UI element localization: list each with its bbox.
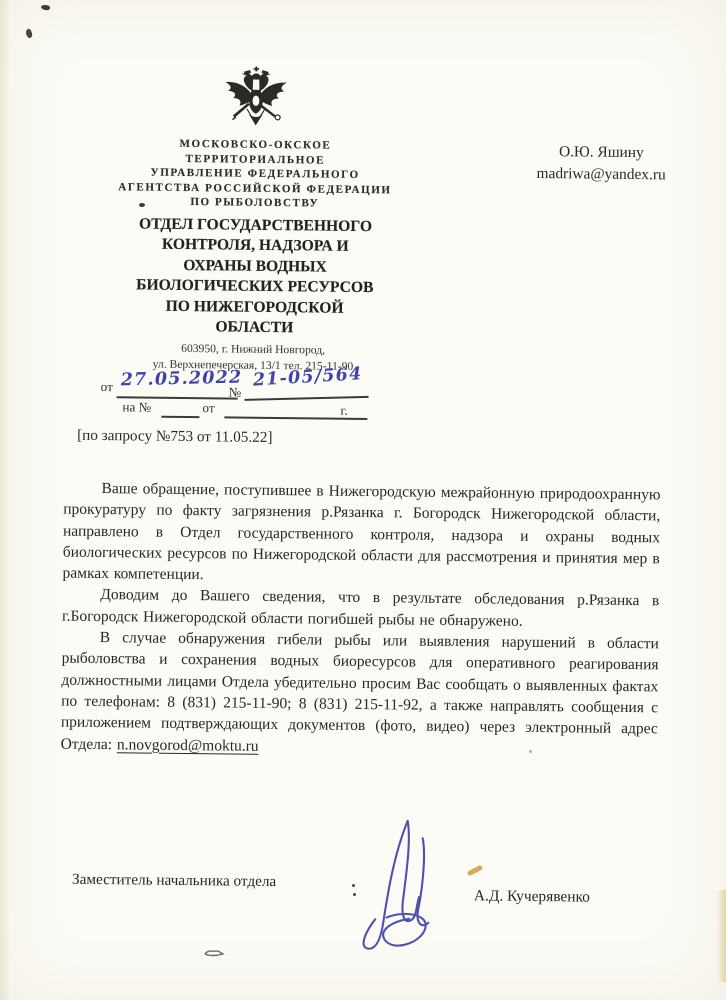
number-label: № <box>229 384 242 400</box>
department-title-line: ОБЛАСТИ <box>89 316 419 340</box>
recipient-email: madriwa@yandex.ru <box>501 162 701 186</box>
date-from-label: от <box>101 379 113 395</box>
recipient-block: О.Ю. Яшину madriwa@yandex.ru <box>501 141 701 186</box>
contact-email: n.novgorod@moktu.ru <box>117 736 259 755</box>
reply-number-underline <box>161 416 199 418</box>
scan-speck <box>139 203 145 207</box>
scan-dot <box>529 750 532 753</box>
letter-body: Ваше обращение, поступившее в Нижегородс… <box>61 478 661 762</box>
signer-title: Заместитель начальника отдела <box>72 871 276 891</box>
department-title-line: ОТДЕЛ ГОСУДАРСТВЕННОГО <box>90 214 420 238</box>
recipient-name: О.Ю. Яшину <box>501 141 701 165</box>
letter-content: МОСКОВСКО-ОКСКОЕ ТЕРРИТОРИАЛЬНОЕ УПРАВЛЕ… <box>0 0 726 1000</box>
scan-dot <box>352 884 355 887</box>
body-paragraph-1: Ваше обращение, поступившее в Нижегородс… <box>62 478 660 591</box>
pencil-squiggle <box>204 948 226 958</box>
scanned-letter-page: МОСКОВСКО-ОКСКОЕ ТЕРРИТОРИАЛЬНОЕ УПРАВЛЕ… <box>0 0 726 1000</box>
org-name: МОСКОВСКО-ОКСКОЕ ТЕРРИТОРИАЛЬНОЕ УПРАВЛЕ… <box>83 136 428 213</box>
body-paragraph-3: В случае обнаружения гибели рыбы или выя… <box>61 627 659 762</box>
handwritten-date: 27.05.2022 <box>121 368 243 391</box>
scan-edge-bottom-right <box>717 890 726 982</box>
signer-name: А.Д. Кучерявенко <box>474 887 590 906</box>
reply-number-label: на № <box>122 399 151 415</box>
department-title: ОТДЕЛ ГОСУДАРСТВЕННОГО КОНТРОЛЯ, НАДЗОРА… <box>89 214 420 340</box>
russia-coat-of-arms-icon <box>215 60 298 141</box>
reply-from-label: от <box>202 400 214 416</box>
body-paragraph-3-text: В случае обнаружения гибели рыбы или выя… <box>61 629 659 753</box>
body-paragraph-2: Доводим до Вашего сведения, что в резуль… <box>62 584 659 633</box>
department-title-line: БИОЛОГИЧЕСКИХ РЕСУРСОВ <box>90 275 420 299</box>
signature-scribble <box>346 810 443 959</box>
scan-dot <box>353 893 356 896</box>
scan-edge-left <box>0 0 10 1000</box>
year-suffix: г. <box>340 403 347 419</box>
request-reference-note: [по запросу №753 от 11.05.22] <box>77 427 272 447</box>
number-underline <box>245 396 369 400</box>
